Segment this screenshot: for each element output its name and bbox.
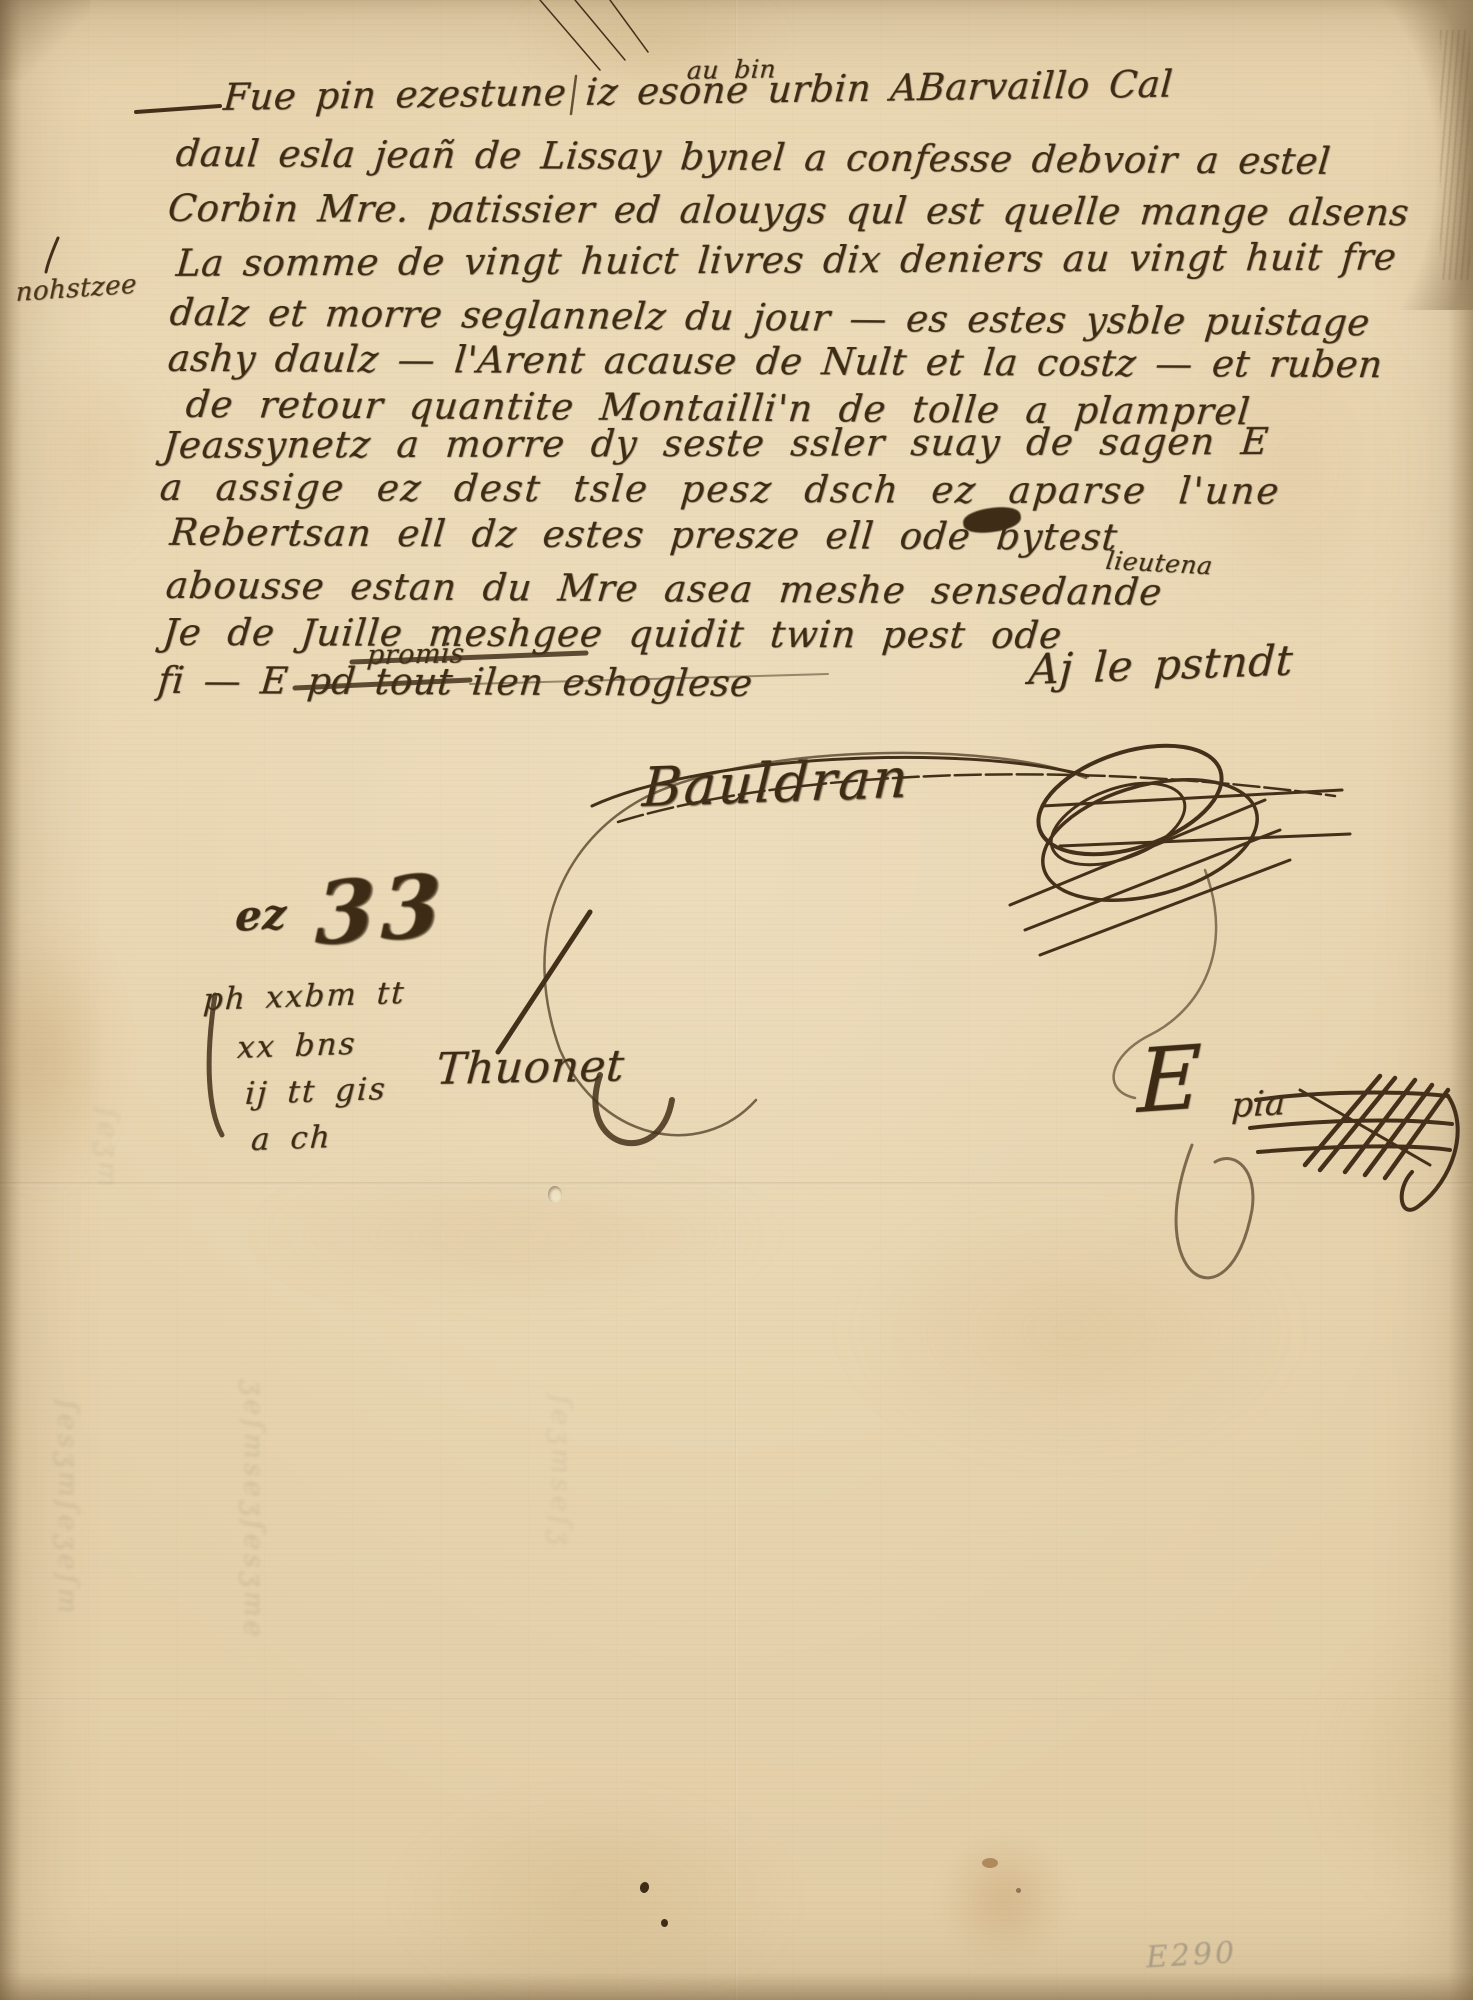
- manuscript-line-5: dalz et morre seglannelz du jour — es es…: [168, 291, 1372, 344]
- archive-inventory-mark: E290: [1145, 1936, 1238, 1976]
- inserted-word-struck: promis: [366, 638, 466, 671]
- paraph-rule-1: [1042, 790, 1342, 806]
- paraph-rest: pia: [1231, 1083, 1287, 1126]
- manuscript-page: ſesʒmſeʒeſm ʒeſmseʒſesʒme ſeʒmseſʒ ſeʒm …: [0, 0, 1473, 2000]
- stain: [400, 1800, 790, 2000]
- bleedthrough-column: ſesʒmſeʒeſm: [52, 1400, 83, 1740]
- bleedthrough-column: ʒeſmseʒſesʒme: [238, 1380, 269, 1780]
- crosshatch-d2: [1320, 1078, 1395, 1170]
- stain: [30, 350, 160, 560]
- paper-fibers-top-right: [1440, 30, 1470, 280]
- manuscript-line-8: Jeassynetz a morre dy seste ssler suay d…: [161, 420, 1270, 467]
- ink-speck: [1016, 1888, 1021, 1893]
- leading-dash: [136, 106, 220, 112]
- line-13-paraph: Aj le pstndt: [1027, 636, 1294, 694]
- horizontal-fold-crease-lower: [0, 1698, 1473, 1701]
- crosshatch-d1: [1305, 1076, 1380, 1165]
- closing-mark: ez: [234, 889, 287, 941]
- manuscript-line-6: ashy daulz — l'Arent acause de Nult et l…: [166, 337, 1385, 386]
- crease-stain: [250, 1170, 780, 1300]
- ink-speck: [661, 1919, 668, 1927]
- paraph-initial: E: [1137, 1047, 1203, 1112]
- bleedthrough-column: ſeʒmseſʒ: [545, 1395, 576, 1675]
- stain: [850, 1210, 1290, 1450]
- closing-numeral: 33: [314, 855, 447, 966]
- margin-account-line-2: xx bns: [236, 1026, 357, 1066]
- crosshatch-d4: [1365, 1085, 1432, 1175]
- fold-crease-2: [610, 0, 648, 52]
- paraph-hatch-3: [1040, 860, 1290, 955]
- manuscript-line-1: Fue pin ezestune iz esone urbin ABarvail…: [222, 63, 1175, 119]
- crosshatch-h3: [1258, 1146, 1450, 1152]
- ink-speck: [639, 1881, 651, 1894]
- paraph-knot-1: [1025, 725, 1235, 875]
- paraph-e-loop: [1176, 1145, 1253, 1278]
- paper-hole: [548, 1186, 562, 1203]
- flourish-slash: [498, 912, 590, 1052]
- rust-spot: [940, 1835, 1070, 1965]
- crosshatch-d3: [1345, 1080, 1415, 1172]
- margin-account-line-3: ij tt gis: [244, 1071, 388, 1112]
- margin-note: nohstzee: [15, 270, 137, 309]
- paraph-knot-3: [1040, 767, 1195, 881]
- manuscript-line-10: Rebertsan ell dz estes presze ell ode by…: [168, 511, 1120, 559]
- margin-comma: [46, 238, 58, 272]
- bleedthrough-column: ſeʒm: [92, 1108, 123, 1238]
- margin-account-line-4: a ch: [250, 1119, 333, 1158]
- margin-account-line-1: ph xxbm tt: [202, 975, 406, 1018]
- manuscript-line-9: a assige ez dest tsle pesz dsch ez apars…: [158, 466, 1282, 513]
- fold-crease-1: [540, 0, 600, 70]
- signature-secondary: Thuonet: [434, 1041, 626, 1095]
- signature-primary: Bauldran: [641, 747, 911, 819]
- manuscript-line-4: La somme de vingt huict livres dix denie…: [174, 236, 1398, 285]
- paraph-knot-2: [1030, 758, 1271, 921]
- paraph-hatch-1: [1010, 800, 1265, 905]
- manuscript-line-2: daul esla jeañ de Lissay bynel a confess…: [174, 132, 1333, 183]
- manuscript-line-11: abousse estan du Mre asea meshe sensedan…: [164, 564, 1164, 614]
- crosshatch-cross: [1300, 1090, 1430, 1165]
- page-edge-right: [1448, 0, 1473, 2000]
- horizontal-fold-crease: [0, 1182, 1473, 1186]
- corner-shadow-top-left: [0, 0, 90, 80]
- page-edge-bottom: [0, 1972, 1473, 2000]
- fold-highlight: [575, 0, 625, 60]
- rust-speck: [982, 1858, 998, 1868]
- manuscript-line-12: Je de Juille meshgee quidit twin pest od…: [161, 611, 1064, 657]
- paraph-hatch-2: [1025, 830, 1280, 930]
- paraph-rule-2: [1060, 834, 1350, 846]
- manuscript-line-3: Corbin Mre. patissier ed alouygs qul est…: [166, 187, 1411, 234]
- crosshatch-d5: [1385, 1090, 1448, 1178]
